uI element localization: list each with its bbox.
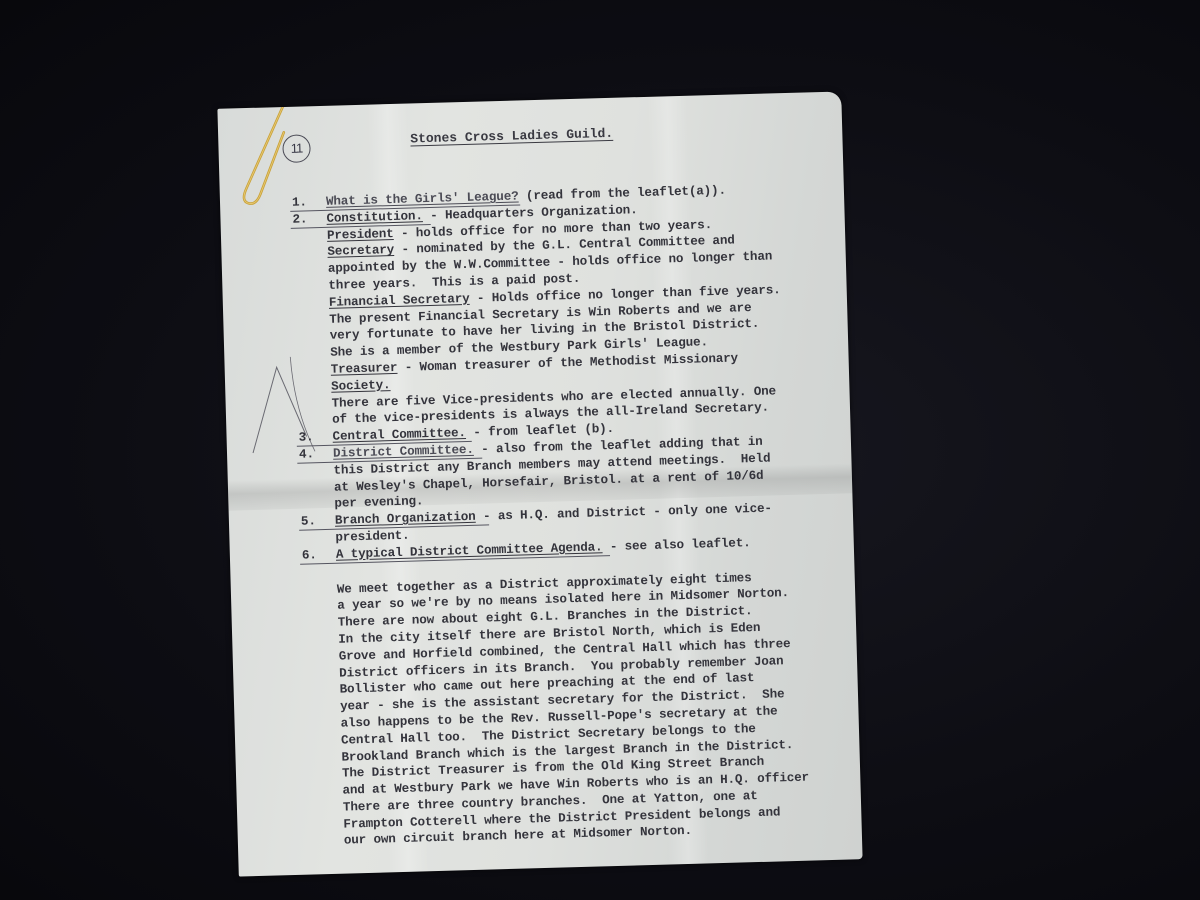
- item-number: 4.: [299, 446, 335, 514]
- role-label: President: [327, 227, 394, 243]
- document-page: 11 Stones Cross Ladies Guild. 1. What is…: [217, 91, 862, 876]
- item-number: 3.: [298, 429, 332, 447]
- item-number: 1.: [292, 194, 326, 212]
- item-text: - see also leaflet.: [602, 536, 750, 554]
- constitution-section: President - holds office for no more tha…: [293, 213, 838, 430]
- role-label: Secretary: [327, 243, 394, 259]
- document-title: Stones Cross Ladies Guild.: [410, 126, 613, 147]
- item-heading: Central Committee.: [332, 426, 466, 444]
- document-body: 1. What is the Girls' League? (read from…: [292, 180, 850, 851]
- item-number: 6.: [302, 546, 336, 564]
- item-number: 5.: [301, 513, 336, 548]
- narrative-paragraph: We meet together as a District approxima…: [303, 567, 850, 851]
- item-heading: Branch Organization: [335, 510, 476, 528]
- item-heading: District Committee.: [333, 443, 474, 461]
- role-label: Financial Secretary: [329, 292, 470, 310]
- item-heading: Constitution.: [326, 209, 423, 226]
- role-text: Society.: [331, 378, 391, 394]
- role-label: Treasurer: [331, 361, 398, 377]
- item-number: 2.: [292, 211, 326, 229]
- page-number-badge: 11: [282, 134, 311, 163]
